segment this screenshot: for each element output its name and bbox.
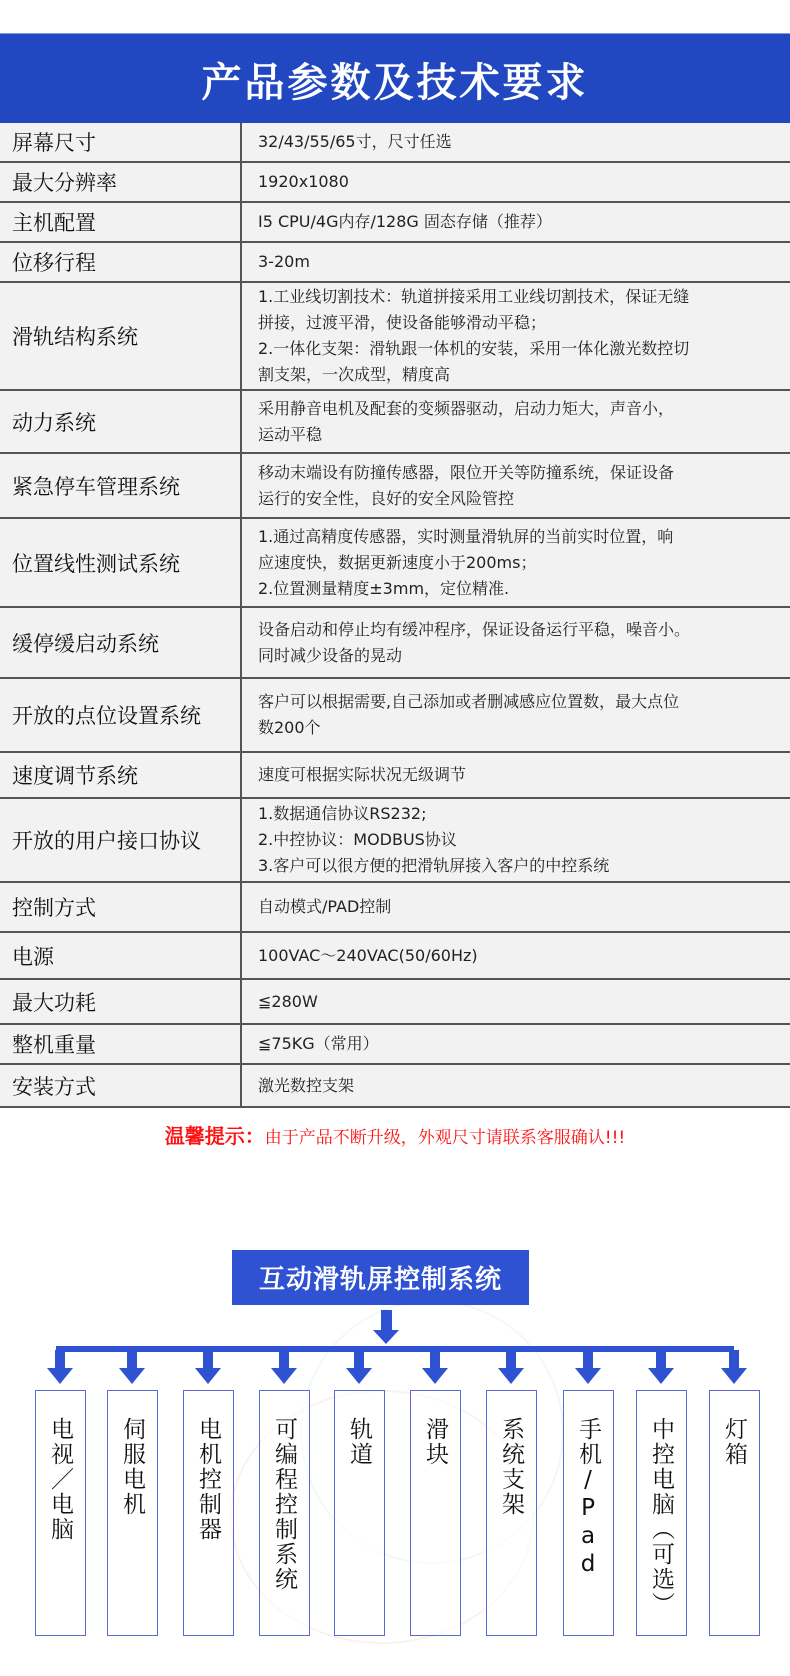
spec-value-line: 客户可以根据需要,自己添加或者删减感应位置数，最大点位 — [258, 689, 780, 715]
spec-value-line: I5 CPU/4G内存/128G 固态存储（推荐） — [258, 209, 780, 235]
page-title: 产品参数及技术要求 — [202, 51, 589, 108]
spec-value-line: 3.客户可以很方便的把滑轨屏接入客户的中控系统 — [258, 853, 780, 879]
spec-label: 开放的点位设置系统 — [0, 678, 241, 752]
component-box: 滑块 — [410, 1390, 461, 1636]
arrow-down-icon — [648, 1350, 674, 1386]
spec-value-line: 数200个 — [258, 715, 780, 741]
spec-value-line: 1920x1080 — [258, 169, 780, 195]
component-box: 灯箱 — [709, 1390, 760, 1636]
spec-value: 3-20m — [241, 242, 790, 282]
component-label: 伺服电机 — [116, 1417, 149, 1635]
spec-value: ≦75KG（常用） — [241, 1024, 790, 1064]
spec-value: 速度可根据实际状况无级调节 — [241, 752, 790, 798]
arrow-down-icon — [346, 1350, 372, 1386]
spec-value-line: 2.位置测量精度±3mm，定位精准. — [258, 576, 780, 602]
warning-label: 温馨提示： — [165, 1124, 265, 1148]
spec-row: 紧急停车管理系统移动末端设有防撞传感器，限位开关等防撞系统，保证设备运行的安全性… — [0, 453, 790, 518]
spec-value: 1.数据通信协议RS232;2.中控协议：MODBUS协议3.客户可以很方便的把… — [241, 798, 790, 882]
spec-label: 电源 — [0, 932, 241, 979]
spec-value-line: 割支架，一次成型，精度高 — [258, 362, 780, 388]
spec-value-line: 100VAC～240VAC(50/60Hz) — [258, 943, 780, 969]
component-label: 中控电脑（可选） — [645, 1417, 678, 1635]
spec-label: 滑轨结构系统 — [0, 282, 241, 390]
spec-row: 缓停缓启动系统设备启动和停止均有缓冲程序，保证设备运行平稳，噪音小。同时减少设备… — [0, 607, 790, 678]
spec-value-line: 1.工业线切割技术：轨道拼接采用工业线切割技术，保证无缝 — [258, 284, 780, 310]
spec-label: 整机重量 — [0, 1024, 241, 1064]
spec-value-line: 2.中控协议：MODBUS协议 — [258, 827, 780, 853]
component-label: 可编程控制系统 — [268, 1417, 301, 1635]
spec-value: 32/43/55/65寸，尺寸任选 — [241, 123, 790, 162]
spec-row: 最大功耗≦280W — [0, 979, 790, 1024]
spec-row: 安装方式激光数控支架 — [0, 1064, 790, 1107]
arrow-down-icon — [575, 1350, 601, 1386]
warning-text: 由于产品不断升级，外观尺寸请联系客服确认!!! — [265, 1128, 625, 1148]
component-box: 手机/Pad — [563, 1390, 614, 1636]
arrow-down-icon — [195, 1350, 221, 1386]
spec-value-line: 1.通过高精度传感器，实时测量滑轨屏的当前实时位置，响 — [258, 524, 780, 550]
component-box: 伺服电机 — [107, 1390, 158, 1636]
warning-notice: 温馨提示：由于产品不断升级，外观尺寸请联系客服确认!!! — [0, 1120, 790, 1149]
spec-value: 激光数控支架 — [241, 1064, 790, 1107]
spec-value: 1.通过高精度传感器，实时测量滑轨屏的当前实时位置，响应速度快，数据更新速度小于… — [241, 518, 790, 607]
spec-value-line: 采用静音电机及配套的变频器驱动，启动力矩大，声音小， — [258, 396, 780, 422]
spec-label: 缓停缓启动系统 — [0, 607, 241, 678]
arrow-down-icon — [271, 1350, 297, 1386]
spec-value-line: 同时减少设备的晃动 — [258, 643, 780, 669]
spec-value-line: ≦75KG（常用） — [258, 1031, 780, 1057]
spec-row: 主机配置I5 CPU/4G内存/128G 固态存储（推荐） — [0, 202, 790, 242]
component-box: 可编程控制系统 — [259, 1390, 310, 1636]
component-label: 手机/Pad — [572, 1417, 605, 1635]
spec-label: 动力系统 — [0, 390, 241, 453]
component-label: 滑块 — [419, 1417, 452, 1635]
spec-value-line: 运行的安全性，良好的安全风险管控 — [258, 486, 780, 512]
spec-label: 最大功耗 — [0, 979, 241, 1024]
page-header-banner: 产品参数及技术要求 — [0, 33, 790, 124]
spec-value: 1.工业线切割技术：轨道拼接采用工业线切割技术，保证无缝拼接，过渡平滑，使设备能… — [241, 282, 790, 390]
spec-value-line: 设备启动和停止均有缓冲程序，保证设备运行平稳，噪音小。 — [258, 617, 780, 643]
spec-value-line: 应速度快，数据更新速度小于200ms； — [258, 550, 780, 576]
spec-value-line: 移动末端设有防撞传感器，限位开关等防撞系统，保证设备 — [258, 460, 780, 486]
spec-value-line: 3-20m — [258, 249, 780, 275]
spec-value-line: 速度可根据实际状况无级调节 — [258, 762, 780, 788]
spec-value-line: 32/43/55/65寸，尺寸任选 — [258, 129, 780, 155]
spec-value-line: 2.一体化支架：滑轨跟一体机的安装，采用一体化激光数控切 — [258, 336, 780, 362]
spec-row: 位移行程3-20m — [0, 242, 790, 282]
spec-row: 整机重量≦75KG（常用） — [0, 1024, 790, 1064]
arrow-down-icon — [119, 1350, 145, 1386]
spec-value-line: ≦280W — [258, 989, 780, 1015]
spec-value: 100VAC～240VAC(50/60Hz) — [241, 932, 790, 979]
spec-table: 屏幕尺寸32/43/55/65寸，尺寸任选最大分辨率1920x1080主机配置I… — [0, 123, 790, 1108]
connector-bar — [56, 1346, 734, 1352]
spec-label: 屏幕尺寸 — [0, 123, 241, 162]
spec-label: 位移行程 — [0, 242, 241, 282]
spec-row: 电源100VAC～240VAC(50/60Hz) — [0, 932, 790, 979]
component-label: 灯箱 — [718, 1417, 751, 1635]
spec-value: 1920x1080 — [241, 162, 790, 202]
arrow-down-icon — [721, 1350, 747, 1386]
component-label: 轨道 — [343, 1417, 376, 1635]
spec-value-line: 自动模式/PAD控制 — [258, 894, 780, 920]
component-box: 电视／电脑 — [35, 1390, 86, 1636]
component-box: 中控电脑（可选） — [636, 1390, 687, 1636]
spec-row: 速度调节系统速度可根据实际状况无级调节 — [0, 752, 790, 798]
spec-value: ≦280W — [241, 979, 790, 1024]
spec-row: 位置线性测试系统1.通过高精度传感器，实时测量滑轨屏的当前实时位置，响应速度快，… — [0, 518, 790, 607]
spec-label: 位置线性测试系统 — [0, 518, 241, 607]
spec-label: 控制方式 — [0, 882, 241, 932]
spec-value: I5 CPU/4G内存/128G 固态存储（推荐） — [241, 202, 790, 242]
arrow-down-icon — [498, 1350, 524, 1386]
component-box: 电机控制器 — [183, 1390, 234, 1636]
spec-label: 紧急停车管理系统 — [0, 453, 241, 518]
component-box: 系统支架 — [486, 1390, 537, 1636]
spec-value: 设备启动和停止均有缓冲程序，保证设备运行平稳，噪音小。同时减少设备的晃动 — [241, 607, 790, 678]
arrow-down-icon — [47, 1350, 73, 1386]
spec-label: 最大分辨率 — [0, 162, 241, 202]
component-label: 电机控制器 — [192, 1417, 225, 1635]
spec-value: 移动末端设有防撞传感器，限位开关等防撞系统，保证设备运行的安全性，良好的安全风险… — [241, 453, 790, 518]
spec-label: 速度调节系统 — [0, 752, 241, 798]
spec-value-line: 激光数控支架 — [258, 1073, 780, 1099]
component-label: 系统支架 — [495, 1417, 528, 1635]
spec-row: 最大分辨率1920x1080 — [0, 162, 790, 202]
spec-row: 开放的点位设置系统客户可以根据需要,自己添加或者删减感应位置数，最大点位数200… — [0, 678, 790, 752]
spec-value-line: 1.数据通信协议RS232; — [258, 801, 780, 827]
component-box: 轨道 — [334, 1390, 385, 1636]
spec-row: 屏幕尺寸32/43/55/65寸，尺寸任选 — [0, 123, 790, 162]
spec-value: 客户可以根据需要,自己添加或者删减感应位置数，最大点位数200个 — [241, 678, 790, 752]
arrow-down-icon — [422, 1350, 448, 1386]
spec-row: 滑轨结构系统1.工业线切割技术：轨道拼接采用工业线切割技术，保证无缝拼接，过渡平… — [0, 282, 790, 390]
spec-label: 主机配置 — [0, 202, 241, 242]
spec-value: 自动模式/PAD控制 — [241, 882, 790, 932]
diagram-title: 互动滑轨屏控制系统 — [232, 1250, 529, 1305]
spec-label: 安装方式 — [0, 1064, 241, 1107]
arrow-down-icon — [381, 1310, 392, 1332]
arrow-down-icon-head — [373, 1330, 399, 1344]
spec-value-line: 拼接，过渡平滑，使设备能够滑动平稳； — [258, 310, 780, 336]
spec-label: 开放的用户接口协议 — [0, 798, 241, 882]
spec-value-line: 运动平稳 — [258, 422, 780, 448]
spec-value: 采用静音电机及配套的变频器驱动，启动力矩大，声音小，运动平稳 — [241, 390, 790, 453]
spec-row: 开放的用户接口协议1.数据通信协议RS232;2.中控协议：MODBUS协议3.… — [0, 798, 790, 882]
component-label: 电视／电脑 — [44, 1417, 77, 1635]
spec-row: 动力系统采用静音电机及配套的变频器驱动，启动力矩大，声音小，运动平稳 — [0, 390, 790, 453]
spec-row: 控制方式自动模式/PAD控制 — [0, 882, 790, 932]
